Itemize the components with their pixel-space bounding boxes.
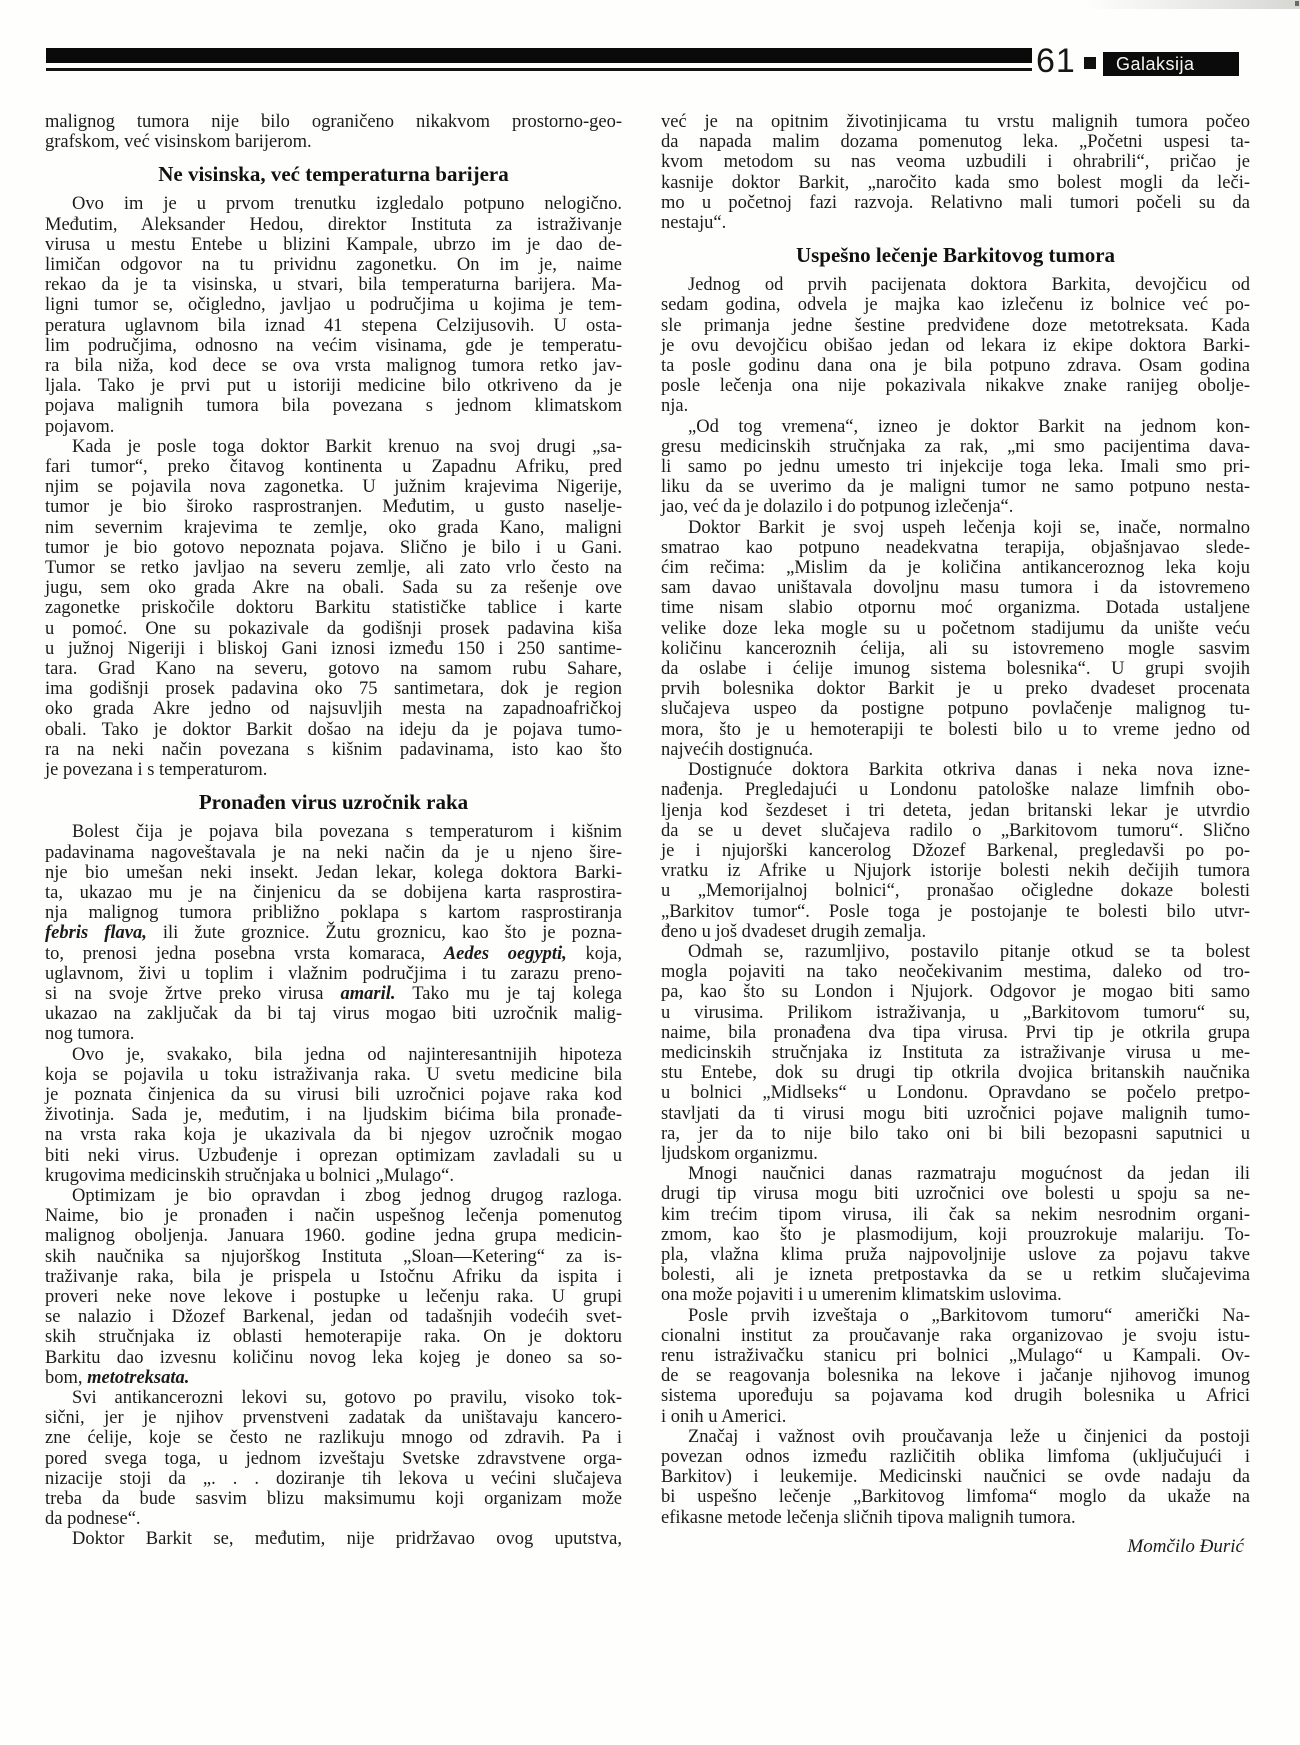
text-line: jao, već da je dolazilo i do potpunog iz… [661,497,1250,517]
text-segment: Odmah se, razumljivo, postavilo pitanje … [688,942,1250,962]
text-segment: Ovo je, svakako, bila jedna od najintere… [72,1045,622,1065]
text-line: ra, jer da to nije bilo tako oni bi bili… [661,1124,1250,1144]
text-line: Doktor Barkit se, međutim, nije pridržav… [45,1529,622,1549]
text-segment: rekao da je ta visinska, u stvari, bila … [45,275,622,295]
text-line: ljala. Tako je prvi put u istoriji medic… [45,376,622,396]
right-column: već je na opitnim životinjicama tu vrstu… [661,112,1250,1557]
text-line: sedam godina, odvela je majka kao izleče… [661,295,1250,315]
text-segment: sistema upoređuju sa pojavama kod drugih… [661,1386,1250,1406]
text-segment: ra bila niža, kod dece se ova vrsta mali… [45,356,622,376]
text-segment: ima godišnji prosek padavina oko 75 sant… [45,679,622,699]
text-segment: mora, što je u hemoterapiji te bolesti b… [661,720,1250,740]
text-segment: Doktor Barkit je svoj uspeh lečenja koji… [688,518,1250,538]
text-segment: je povezana i s temperaturom. [45,760,267,780]
text-segment: li samo po jednu umesto tri injekcije to… [661,457,1250,477]
text-line: to, prenosi jedna posebna vrsta komaraca… [45,944,622,964]
text-line: kvom metodom su nas veoma uzbudili i ohr… [661,152,1250,172]
text-segment: nog tumora. [45,1024,134,1044]
text-line: pojava malignih tumora bila povezana s j… [45,396,622,416]
text-segment: nestaju“. [661,213,726,233]
text-line: febris flava, ili žute groznice. Žutu gr… [45,923,622,943]
text-line: u virusima. Prilikom istraživanja, u „Ba… [661,1003,1250,1023]
text-segment: renu istraživačku stanicu pri bolnici „M… [661,1346,1250,1366]
text-segment: kvom metodom su nas veoma uzbudili i ohr… [661,152,1250,172]
text-segment: Značaj i važnost ovih proučavanja leže u… [688,1427,1250,1447]
text-segment: sle primanja jedne šestine predviđene do… [661,316,1250,336]
text-segment: koja se pojavila u toku istraživanja rak… [45,1065,622,1085]
text-line: Kada je posle toga doktor Barkit krenuo … [45,437,622,457]
text-segment: nja malignog tumora približno poklapa s … [45,903,622,923]
text-line: pojavom. [45,417,622,437]
text-line: povezan odnos između različitih oblika l… [661,1447,1250,1467]
text-line: uglavnom, živi u toplim i vlažnim područ… [45,964,622,984]
text-line: Barkitu dao izvesnu količinu novog leka … [45,1348,622,1368]
text-line: Doktor Barkit je svoj uspeh lečenja koji… [661,518,1250,538]
text-line: Posle prvih izveštaja o „Barkitovom tumo… [661,1306,1250,1326]
text-line: nađenja. Pregledajući u Londonu patološk… [661,780,1250,800]
text-line: sični, jer je njihov prvenstveni zadatak… [45,1408,622,1428]
text-line: skih stručnjaka iz oblasti hemoterapije … [45,1327,622,1347]
text-segment: kasnije doktor Barkit, „naročito kada sm… [661,173,1250,193]
emphasized-term: amaril. [341,984,396,1004]
text-line: Tumor se retko javljao na severu zemlje,… [45,558,622,578]
text-line: koja se pojavila u toku istraživanja rak… [45,1065,622,1085]
text-segment: oko grada Akre jedno od najsuvljih mesta… [45,699,622,719]
text-segment: nizacije stoji da „. . . doziranje tih l… [45,1469,622,1489]
text-segment: je ovu devojčicu obišao jedan od lekara … [661,336,1250,356]
text-segment: Dostignuće doktora Barkita otkriva danas… [688,760,1250,780]
text-segment: Mnogi naučnici danas razmatraju mogućnos… [688,1164,1250,1184]
text-line: njim se pojavila nova zagonetka. U južni… [45,477,622,497]
text-line: gresu medicinskih stručnjaka za rak, „mi… [661,437,1250,457]
text-segment: Barkitu dao izvesnu količinu novog leka … [45,1348,622,1368]
magazine-page: 61 Galaksija malignog tumora nije bilo o… [0,0,1300,1745]
text-segment: uglavnom, živi u toplim i vlažnim područ… [45,964,622,984]
text-line: Naime, bio je pronađen i način uspešnog … [45,1206,622,1226]
text-segment: tumor je bio široko rasprostranjen. Među… [45,497,622,517]
text-line: zagonetke priskočile doktoru Barkitu sta… [45,598,622,618]
text-segment: tara. Grad Kano na severu, gotovo na sam… [45,659,622,679]
text-line: se nalazio i Džozef Barkenal, jedan od t… [45,1307,622,1327]
text-segment: malignog tumora nije bilo ograničeno nik… [45,112,622,132]
text-segment: gresu medicinskih stručnjaka za rak, „mi… [661,437,1250,457]
text-line: da napada malim dozama pomenutog leka. „… [661,132,1250,152]
text-line: cionalni institut za proučavanje raka or… [661,1326,1250,1346]
text-line: „Od tog vremena“, izneo je doktor Barkit… [661,417,1250,437]
text-line: mogla pojaviti na tako neočekivanim mest… [661,962,1250,982]
text-segment: Naime, bio je pronađen i način uspešnog … [45,1206,622,1226]
text-segment: nja. [661,396,688,416]
text-line: nja malignog tumora približno poklapa s … [45,903,622,923]
text-line: Ovo je, svakako, bila jedna od najintere… [45,1045,622,1065]
text-line: vratku iz Afrike u Njujork istorije bole… [661,861,1250,881]
text-line: Optimizam je bio opravdan i zbog jednog … [45,1186,622,1206]
text-line: peratura uglavnom bila iznad 41 stepena … [45,316,622,336]
section-heading: Uspešno lečenje Barkitovog tumora [661,243,1250,267]
text-segment: životinja. Sada je, međutim, i na ljudsk… [45,1105,622,1125]
text-segment: prvih bolesnika doktor Barkit je u preko… [661,679,1250,699]
text-line: Ovo im je u prvom trenutku izgledalo pot… [45,194,622,214]
text-line: grafskom, već visinskom barijerom. [45,132,622,152]
text-segment: Posle prvih izveštaja o „Barkitovom tumo… [688,1306,1250,1326]
text-line: ljenja kod šezdeset i tri deteta, jedan … [661,801,1250,821]
text-segment: skih stručnjaka iz oblasti hemoterapije … [45,1327,622,1347]
text-segment: efikasne metode lečenja sličnih tipova m… [661,1508,1076,1528]
text-line: velike doze leka mogle su u početnom sta… [661,619,1250,639]
text-segment: Barkitov) i leukemije. Medicinski naučni… [661,1467,1250,1487]
text-line: pored svega toga, u jednom izveštaju Sve… [45,1449,622,1469]
magazine-name-badge: Galaksija [1103,52,1239,76]
header-rule-thick [46,48,1032,63]
text-segment: Tako mu je taj kolega [396,984,622,1004]
text-segment: količinu kanceroznih ćelija, ali su isto… [661,639,1250,659]
text-segment: biti neki virus. Uzbuđenje i oprezan opt… [45,1146,622,1166]
text-segment: ra, jer da to nije bilo tako oni bi bili… [661,1124,1250,1144]
text-segment: krugovima medicinskih stručnjaka u bolni… [45,1166,454,1186]
text-segment: de se reagovanja bolesnika na lekove i j… [661,1366,1250,1386]
text-line: ima godišnji prosek padavina oko 75 sant… [45,679,622,699]
text-segment: ljenja kod šezdeset i tri deteta, jedan … [661,801,1250,821]
text-segment: Tumor se retko javljao na severu zemlje,… [45,558,622,578]
text-segment: time nisam slabio otpornu moć organizma.… [661,598,1250,618]
text-line: tumor je bio široko rasprostranjen. Među… [45,497,622,517]
section-heading: Ne visinska, već temperaturna barijera [45,162,622,186]
text-line: na vrsta raka koja je ukazivala da bi nj… [45,1125,622,1145]
text-segment: mo u početnoj fazi razvoja. Relativno ma… [661,193,1250,213]
text-line: virusa u mestu Entebe u blizini Kampale,… [45,235,622,255]
text-line: je poznata činjenica da su virusi bili u… [45,1085,622,1105]
text-line: Mnogi naučnici danas razmatraju mogućnos… [661,1164,1250,1184]
text-segment: sedam godina, odvela je majka kao izleče… [661,295,1250,315]
text-segment: grafskom, već visinskom barijerom. [45,132,312,152]
text-line: tumor je bio gotovo nepoznata pojava. Sl… [45,538,622,558]
text-line: u bolnici „Midlseks“ u Londonu. Opravdan… [661,1083,1250,1103]
text-segment: to, prenosi jedna posebna vrsta komaraca… [45,944,444,964]
text-line: fari tumor“, preko čitavog kontinenta u … [45,457,622,477]
text-segment: tumor je bio gotovo nepoznata pojava. Sl… [45,538,622,558]
text-line: Međutim, Aleksander Hedou, direktor Inst… [45,215,622,235]
text-segment: traživanje raka, bila je prispela u Isto… [45,1267,622,1287]
text-line: ljudskom organizmu. [661,1144,1250,1164]
text-segment: ta posle godinu dana ona je bila potpuno… [661,356,1250,376]
text-line: proveri neke nove lekove i postupke u le… [45,1287,622,1307]
text-segment: ljala. Tako je prvi put u istoriji medic… [45,376,622,396]
text-line: već je na opitnim životinjicama tu vrstu… [661,112,1250,132]
text-segment: liku da se uverimo da je maligni tumor n… [661,477,1250,497]
text-line: ta posle godinu dana ona je bila potpuno… [661,356,1250,376]
text-line: treba da bude sasvim blizu maksimumu koj… [45,1489,622,1509]
text-segment: proveri neke nove lekove i postupke u le… [45,1287,622,1307]
scan-speck [1295,1,1299,6]
text-line: prvih bolesnika doktor Barkit je u preko… [661,679,1250,699]
text-line: nestaju“. [661,213,1250,233]
text-segment: limičan odgovor na tu prividnu zagonetku… [45,255,622,275]
text-line: de se reagovanja bolesnika na lekove i j… [661,1366,1250,1386]
text-segment: bolesti, ali je izneta pretpostavka da s… [661,1265,1250,1285]
text-segment: vratku iz Afrike u Njujork istorije bole… [661,861,1250,881]
text-line: limičan odgovor na tu prividnu zagonetku… [45,255,622,275]
text-segment: ta, ukazao mu je na činjenicu da se dobi… [45,883,622,903]
text-line: renu istraživačku stanicu pri bolnici „M… [661,1346,1250,1366]
text-line: je ovu devojčicu obišao jedan od lekara … [661,336,1250,356]
text-line: nje bio umešan neki insekt. Jedan lekar,… [45,863,622,883]
text-line: u pomoć. One su pokazivale da godišnji p… [45,619,622,639]
text-segment: na vrsta raka koja je ukazivala da bi nj… [45,1125,622,1145]
text-line: drugi tip virusa mogu biti uzročnici ove… [661,1184,1250,1204]
text-line: kasnije doktor Barkit, „naročito kada sm… [661,173,1250,193]
emphasized-term: Aedes oegypti, [444,944,567,964]
emphasized-term: metotreksata. [87,1368,189,1388]
text-segment: padavinama nagoveštavala je na neki nači… [45,843,622,863]
text-line: medicinskih stručnjaka iz Instituta za i… [661,1043,1250,1063]
text-segment: Bolest čija je pojava bila povezana s te… [72,822,622,842]
text-segment: fari tumor“, preko čitavog kontinenta u … [45,457,622,477]
text-line: Svi antikancerozni lekovi su, gotovo po … [45,1388,622,1408]
text-line: ukazao na zaključak da bi taj virus moga… [45,1004,622,1024]
text-segment: medicinskih stručnjaka iz Instituta za i… [661,1043,1250,1063]
text-segment: nađenja. Pregledajući u Londonu patološk… [661,780,1250,800]
text-segment: ili žute groznice. Žutu groznicu, kao št… [147,923,622,943]
text-segment: „Barkitov tumor“. Posle toga je postojan… [661,902,1250,922]
text-line: „Barkitov tumor“. Posle toga je postojan… [661,902,1250,922]
text-line: ra bila niža, kod dece se ova vrsta mali… [45,356,622,376]
text-line: količinu kanceroznih ćelija, ali su isto… [661,639,1250,659]
text-line: bom, metotreksata. [45,1368,622,1388]
text-segment: ona može pojaviti i u umerenim klimatski… [661,1285,1062,1305]
text-line: bolesti, ali je izneta pretpostavka da s… [661,1265,1250,1285]
text-line: time nisam slabio otpornu moć organizma.… [661,598,1250,618]
text-line: posle lečenja ona nije pokazivala nikakv… [661,376,1250,396]
text-segment: drugi tip virusa mogu biti uzročnici ove… [661,1184,1250,1204]
text-line: biti neki virus. Uzbuđenje i oprezan opt… [45,1146,622,1166]
text-segment: sam davao uništavala dovoljnu masu tumor… [661,578,1250,598]
text-line: ra na neki način povezana s kišnim padav… [45,740,622,760]
text-segment: sični, jer je njihov prvenstveni zadatak… [45,1408,622,1428]
text-segment: slučajeva uspeo da postigne potpuno povl… [661,699,1250,719]
text-line: i onih u Americi. [661,1407,1250,1427]
text-segment: kim trećim tipom virusa, ili čak sa neki… [661,1205,1250,1225]
text-segment: nim severnim krajevima te zemlje, oko gr… [45,518,622,538]
text-segment: ćim rečima: „Mislim da je količina antik… [661,558,1250,578]
text-segment: Međutim, Aleksander Hedou, direktor Inst… [45,215,622,235]
text-line: naime, bila pronađena dva tipa virusa. P… [661,1023,1250,1043]
text-segment: malignog oboljenja. Januara 1960. godine… [45,1226,622,1246]
text-segment: jao, već da je dolazilo i do potpunog iz… [661,497,1013,517]
text-segment: u bolnici „Midlseks“ u Londonu. Opravdan… [661,1083,1250,1103]
text-line: Jednog od prvih pacijenata doktora Barki… [661,275,1250,295]
text-line: li samo po jednu umesto tri injekcije to… [661,457,1250,477]
text-segment: bom, [45,1368,87,1388]
text-segment: najvećih dostignuća. [661,740,813,760]
text-segment: Optimizam je bio opravdan i zbog jednog … [72,1186,622,1206]
text-line: smatrao kao potpuno neadekvatna terapija… [661,538,1250,558]
text-segment: „Od tog vremena“, izneo je doktor Barkit… [688,417,1250,437]
text-segment: da oslabe i ćelije imunog sistema bolesn… [661,659,1250,679]
text-segment: pojava malignih tumora bila povezana s j… [45,396,622,416]
text-line: liku da se uverimo da je maligni tumor n… [661,477,1250,497]
text-line: Značaj i važnost ovih proučavanja leže u… [661,1427,1250,1447]
text-segment: već je na opitnim životinjicama tu vrstu… [661,112,1250,132]
text-line: obali. Tako je doktor Barkit došao na id… [45,720,622,740]
text-segment: Doktor Barkit se, međutim, nije pridržav… [72,1529,622,1549]
text-line: da oslabe i ćelije imunog sistema bolesn… [661,659,1250,679]
text-segment: stavljati da ti virusi mogu biti uzročni… [661,1104,1250,1124]
square-bullet-icon [1084,57,1096,69]
text-segment: treba da bude sasvim blizu maksimumu koj… [45,1489,622,1509]
text-line: u južnoj Nigeriji i bliskoj Gani iznosi … [45,639,622,659]
text-segment: virusa u mestu Entebe u blizini Kampale,… [45,235,622,255]
text-line: bi uspešno lečenje „Barkitovog limfoma“ … [661,1487,1250,1507]
section-heading: Pronađen virus uzročnik raka [45,790,622,814]
text-segment: posle lečenja ona nije pokazivala nikakv… [661,376,1250,396]
text-line: rekao da je ta visinska, u stvari, bila … [45,275,622,295]
text-line: Dostignuće doktora Barkita otkriva danas… [661,760,1250,780]
text-line: zmom, kao što je plasmodijum, koji prouz… [661,1225,1250,1245]
text-segment: stu Entebe, dok su drugi tip otkrila dvo… [661,1063,1250,1083]
text-line: sistema upoređuju sa pojavama kod drugih… [661,1386,1250,1406]
text-line: da podnese“. [45,1509,622,1529]
text-line: Barkitov) i leukemije. Medicinski naučni… [661,1467,1250,1487]
text-segment: u „Memorijalnoj bolnici“, pronašao očigl… [661,881,1250,901]
text-segment: da se u devet slučajeva radilo o „Barkit… [661,821,1250,841]
text-line: đeno u još dvadeset drugih zemalja. [661,922,1250,942]
text-line: nim severnim krajevima te zemlje, oko gr… [45,518,622,538]
text-line: mora, što je u hemoterapiji te bolesti b… [661,720,1250,740]
text-line: nog tumora. [45,1024,622,1044]
text-segment: peratura uglavnom bila iznad 41 stepena … [45,316,622,336]
text-segment: naime, bila pronađena dva tipa virusa. P… [661,1023,1250,1043]
text-segment: mogla pojaviti na tako neočekivanim mest… [661,962,1250,982]
text-line: oko grada Akre jedno od najsuvljih mesta… [45,699,622,719]
text-segment: zmom, kao što je plasmodijum, koji prouz… [661,1225,1250,1245]
text-segment: u pomoć. One su pokazivale da godišnji p… [45,619,622,639]
text-segment: koja, [567,944,622,964]
text-segment: Jednog od prvih pacijenata doktora Barki… [688,275,1250,295]
text-line: Odmah se, razumljivo, postavilo pitanje … [661,942,1250,962]
text-line: da se u devet slučajeva radilo o „Barkit… [661,821,1250,841]
text-segment: cionalni institut za proučavanje raka or… [661,1326,1250,1346]
text-line: u „Memorijalnoj bolnici“, pronašao očigl… [661,881,1250,901]
text-segment: Svi antikancerozni lekovi su, gotovo po … [72,1388,622,1408]
text-line: kim trećim tipom virusa, ili čak sa neki… [661,1205,1250,1225]
text-segment: zagonetke priskočile doktoru Barkitu sta… [45,598,622,618]
page-number: 61 [1036,42,1076,81]
text-line: mo u početnoj fazi razvoja. Relativno ma… [661,193,1250,213]
text-segment: si na svoje žrtve preko virusa [45,984,341,1004]
text-segment: je poznata činjenica da su virusi bili u… [45,1085,622,1105]
text-line: ta, ukazao mu je na činjenicu da se dobi… [45,883,622,903]
text-line: malignog tumora nije bilo ograničeno nik… [45,112,622,132]
text-line: pa, kao što su London i Njujork. Odgovor… [661,982,1250,1002]
text-segment: skih naučnika sa njujorškog Instituta „S… [45,1247,622,1267]
text-line: ligni tumor se, očigledno, javljao u pod… [45,295,622,315]
emphasized-term: febris flava, [45,923,147,943]
text-segment: ra na neki način povezana s kišnim padav… [45,740,622,760]
text-line: skih naučnika sa njujorškog Instituta „S… [45,1247,622,1267]
magazine-name: Galaksija [1116,54,1195,74]
text-segment: obali. Tako je doktor Barkit došao na id… [45,720,622,740]
text-segment: ligni tumor se, očigledno, javljao u pod… [45,295,622,315]
text-line: lim područjima, odnosno na većim visinam… [45,336,622,356]
text-line: nizacije stoji da „. . . doziranje tih l… [45,1469,622,1489]
text-line: jugu, sem oko grada Akre na obali. Sada … [45,578,622,598]
text-line: zne ćelije, koje se često ne razlikuju m… [45,1428,622,1448]
header-rule-thin [46,68,1032,71]
text-line: padavinama nagoveštavala je na neki nači… [45,843,622,863]
text-line: Bolest čija je pojava bila povezana s te… [45,822,622,842]
text-segment: pored svega toga, u jednom izveštaju Sve… [45,1449,622,1469]
text-line: tara. Grad Kano na severu, gotovo na sam… [45,659,622,679]
text-segment: pojavom. [45,417,114,437]
text-segment: lim područjima, odnosno na većim visinam… [45,336,622,356]
text-segment: da napada malim dozama pomenutog leka. „… [661,132,1250,152]
text-line: stavljati da ti virusi mogu biti uzročni… [661,1104,1250,1124]
text-segment: ukazao na zaključak da bi taj virus moga… [45,1004,622,1024]
text-segment: da podnese“. [45,1509,141,1529]
text-line: sam davao uništavala dovoljnu masu tumor… [661,578,1250,598]
text-segment: nje bio umešan neki insekt. Jedan lekar,… [45,863,622,883]
text-line: nja. [661,396,1250,416]
text-segment: bi uspešno lečenje „Barkitovog limfoma“ … [661,1487,1250,1507]
text-line: životinja. Sada je, međutim, i na ljudsk… [45,1105,622,1125]
text-segment: smatrao kao potpuno neadekvatna terapija… [661,538,1250,558]
text-line: krugovima medicinskih stručnjaka u bolni… [45,1166,622,1186]
text-line: si na svoje žrtve preko virusa amaril. T… [45,984,622,1004]
text-line: slučajeva uspeo da postigne potpuno povl… [661,699,1250,719]
text-line: traživanje raka, bila je prispela u Isto… [45,1267,622,1287]
text-line: malignog oboljenja. Januara 1960. godine… [45,1226,622,1246]
text-segment: ljudskom organizmu. [661,1144,818,1164]
text-line: pla, vlažna klima pruža najpovoljnije us… [661,1245,1250,1265]
text-segment: đeno u još dvadeset drugih zemalja. [661,922,926,942]
text-line: stu Entebe, dok su drugi tip otkrila dvo… [661,1063,1250,1083]
text-line: efikasne metode lečenja sličnih tipova m… [661,1508,1250,1528]
text-segment: pla, vlažna klima pruža najpovoljnije us… [661,1245,1250,1265]
text-segment: jugu, sem oko grada Akre na obali. Sada … [45,578,622,598]
text-segment: se nalazio i Džozef Barkenal, jedan od t… [45,1307,622,1327]
text-line: najvećih dostignuća. [661,740,1250,760]
text-line: je i njujorški kancerolog Džozef Barkena… [661,841,1250,861]
text-segment: Ovo im je u prvom trenutku izgledalo pot… [72,194,622,214]
scan-artifact [1085,0,1300,9]
text-segment: u južnoj Nigeriji i bliskoj Gani iznosi … [45,639,622,659]
text-line: ona može pojaviti i u umerenim klimatski… [661,1285,1250,1305]
text-segment: i onih u Americi. [661,1407,786,1427]
text-line: je povezana i s temperaturom. [45,760,622,780]
left-column: malignog tumora nije bilo ograničeno nik… [45,112,622,1550]
text-line: sle primanja jedne šestine predviđene do… [661,316,1250,336]
text-segment: je i njujorški kancerolog Džozef Barkena… [661,841,1250,861]
text-segment: u virusima. Prilikom istraživanja, u „Ba… [661,1003,1250,1023]
text-line: ćim rečima: „Mislim da je količina antik… [661,558,1250,578]
text-segment: zne ćelije, koje se često ne razlikuju m… [45,1428,622,1448]
text-segment: povezan odnos između različitih oblika l… [661,1447,1250,1467]
text-segment: njim se pojavila nova zagonetka. U južni… [45,477,622,497]
text-segment: velike doze leka mogle su u početnom sta… [661,619,1250,639]
text-segment: pa, kao što su London i Njujork. Odgovor… [661,982,1250,1002]
author-signature: Momčilo Đurić [661,1537,1250,1557]
text-segment: Kada je posle toga doktor Barkit krenuo … [72,437,622,457]
